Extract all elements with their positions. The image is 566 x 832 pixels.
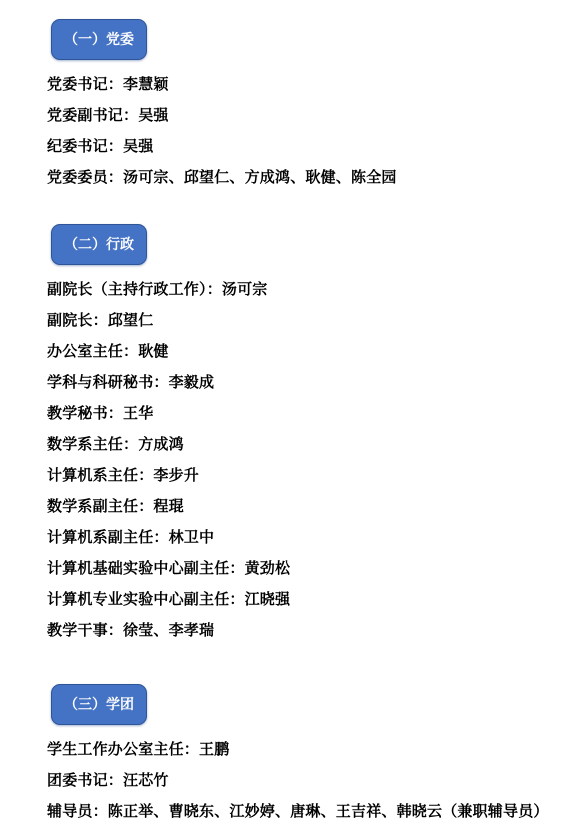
role-line: 党委书记：李慧颖	[47, 69, 566, 100]
role-line: 数学系副主任：程琨	[47, 491, 566, 522]
section-lines: 学生工作办公室主任：王鹏 团委书记：汪芯竹 辅导员：陈正举、曹晓东、江妙婷、唐琳…	[0, 734, 566, 827]
role-line: 团委书记：汪芯竹	[47, 765, 566, 796]
section-header-label: （三）学团	[64, 696, 134, 712]
role-line: 副院长：邱望仁	[47, 305, 566, 336]
section-header-label: （二）行政	[64, 236, 134, 252]
role-line: 辅导员：陈正举、曹晓东、江妙婷、唐琳、王吉祥、韩晓云（兼职辅导员）	[47, 796, 566, 827]
role-line: 副院长（主持行政工作）：汤可宗	[47, 274, 566, 305]
role-line: 党委委员：汤可宗、邱望仁、方成鸿、耿健、陈全园	[47, 162, 566, 193]
role-line: 计算机专业实验中心副主任：江晓强	[47, 584, 566, 615]
role-line: 办公室主任：耿健	[47, 336, 566, 367]
org-section-1: （一）党委 党委书记：李慧颖 党委副书记：吴强 纪委书记：吴强 党委委员：汤可宗…	[0, 19, 566, 193]
role-line: 纪委书记：吴强	[47, 131, 566, 162]
role-line: 教学秘书：王华	[47, 398, 566, 429]
org-section-2: （二）行政 副院长（主持行政工作）：汤可宗 副院长：邱望仁 办公室主任：耿健 学…	[0, 224, 566, 646]
section-lines: 党委书记：李慧颖 党委副书记：吴强 纪委书记：吴强 党委委员：汤可宗、邱望仁、方…	[0, 69, 566, 193]
section-header-button[interactable]: （一）党委	[51, 19, 147, 60]
role-line: 学科与科研秘书：李毅成	[47, 367, 566, 398]
role-line: 计算机基础实验中心副主任：黄劲松	[47, 553, 566, 584]
role-line: 计算机系主任：李步升	[47, 460, 566, 491]
document-body: （一）党委 党委书记：李慧颖 党委副书记：吴强 纪委书记：吴强 党委委员：汤可宗…	[0, 0, 566, 832]
role-line: 计算机系副主任：林卫中	[47, 522, 566, 553]
section-header-button[interactable]: （三）学团	[51, 684, 147, 725]
section-header-label: （一）党委	[64, 31, 134, 47]
role-line: 学生工作办公室主任：王鹏	[47, 734, 566, 765]
org-section-3: （三）学团 学生工作办公室主任：王鹏 团委书记：汪芯竹 辅导员：陈正举、曹晓东、…	[0, 684, 566, 827]
role-line: 数学系主任：方成鸿	[47, 429, 566, 460]
role-line: 党委副书记：吴强	[47, 100, 566, 131]
section-lines: 副院长（主持行政工作）：汤可宗 副院长：邱望仁 办公室主任：耿健 学科与科研秘书…	[0, 274, 566, 646]
section-header-button[interactable]: （二）行政	[51, 224, 147, 265]
role-line: 教学干事：徐莹、李孝瑞	[47, 615, 566, 646]
